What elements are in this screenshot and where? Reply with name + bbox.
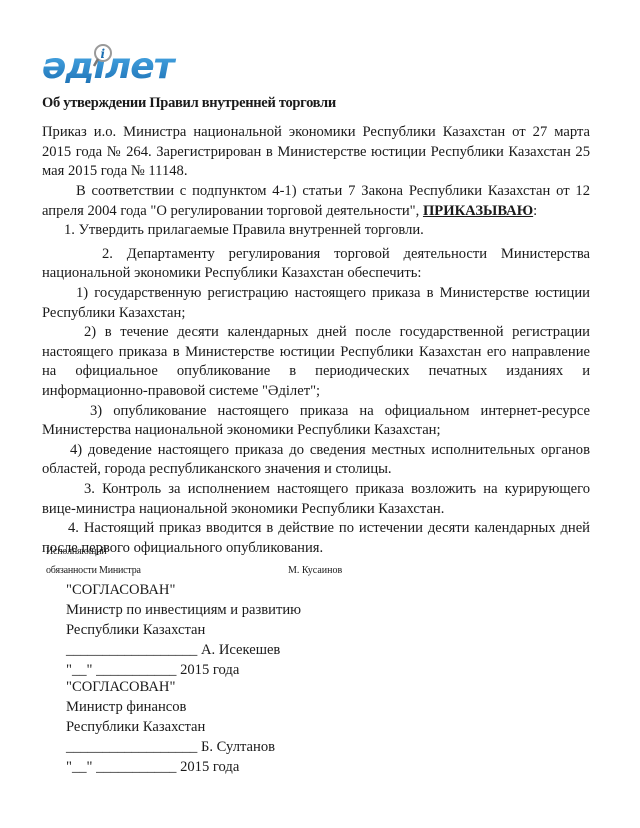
- preamble: В соответствии с подпунктом 4-1) статьи …: [42, 182, 590, 221]
- document-header-paragraph: Приказ и.о. Министра национальной эконом…: [42, 123, 590, 182]
- item-2: 2. Департаменту регулирования торговой д…: [42, 245, 590, 284]
- approval-dateline: "__" ___________ 2015 года: [66, 757, 275, 777]
- item-3: 3. Контроль за исполнением настоящего пр…: [42, 480, 590, 519]
- approval-stamp: "СОГЛАСОВАН": [66, 580, 301, 600]
- registration-info: Приказ и.о. Министра национальной эконом…: [42, 123, 590, 182]
- item-1: 1. Утвердить прилагаемые Правила внутрен…: [42, 221, 590, 241]
- approval-position: Министр по инвестициям и развитию: [66, 600, 301, 620]
- approval-block-1: "СОГЛАСОВАН" Министр по инвестициям и ра…: [66, 580, 301, 680]
- order-word: ПРИКАЗЫВАЮ: [423, 203, 533, 219]
- signature-title-line1: Исполняющий: [46, 546, 107, 557]
- subitem-2: 2) в течение десяти календарных дней пос…: [42, 323, 590, 401]
- signature-name: М. Кусаинов: [288, 565, 342, 576]
- approval-country: Республики Казахстан: [66, 717, 275, 737]
- adilet-logo-icon: әдiлет i: [42, 40, 182, 88]
- item-4: 4. Настоящий приказ вводится в действие …: [42, 519, 590, 558]
- approval-signline: __________________ Б. Султанов: [66, 737, 275, 757]
- document-title: Об утверждении Правил внутренней торговл…: [42, 95, 336, 112]
- subitem-3: 3) опубликование настоящего приказа на о…: [42, 402, 590, 441]
- approval-position: Министр финансов: [66, 697, 275, 717]
- svg-text:i: i: [101, 47, 106, 61]
- signature-title-line2: обязанности Министра: [46, 565, 141, 576]
- approval-block-2: "СОГЛАСОВАН" Министр финансов Республики…: [66, 677, 275, 777]
- approval-country: Республики Казахстан: [66, 620, 301, 640]
- subitem-1: 1) государственную регистрацию настоящег…: [42, 284, 590, 323]
- approval-signline: __________________ А. Исекешев: [66, 640, 301, 660]
- adilet-logo: әдiлет i: [42, 40, 182, 88]
- approval-stamp: "СОГЛАСОВАН": [66, 677, 275, 697]
- document-body: В соответствии с подпунктом 4-1) статьи …: [42, 182, 590, 558]
- subitem-4: 4) доведение настоящего приказа до сведе…: [42, 441, 590, 480]
